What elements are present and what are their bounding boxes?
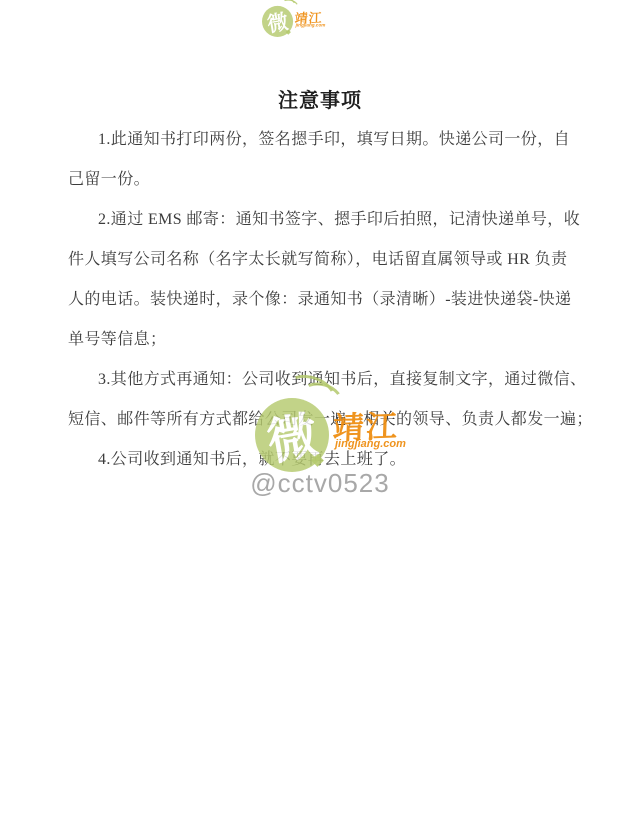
author-handle: @cctv0523 xyxy=(0,468,640,499)
notice-line: 单号等信息； xyxy=(68,320,575,360)
brand-badge-top: 微 靖江 jingjiang.com xyxy=(262,0,325,36)
notice-line: 己留一份。 xyxy=(68,160,575,200)
notice-document-page: 微 靖江 jingjiang.com 注意事项 1.此通知书打印两份，签名摁手印… xyxy=(0,0,640,828)
notice-line: 2.通过 EMS 邮寄：通知书签字、摁手印后拍照，记清快递单号，收 xyxy=(68,200,575,240)
site-watermark: 微 靖江 jingjiang.com xyxy=(255,384,405,470)
notice-line: 人的电话。装快递时，录个像：录通知书（录清晰）-装进快递袋-快递 xyxy=(68,280,575,320)
page-title: 注意事项 xyxy=(0,84,640,113)
brand-domain: jingjiang.com xyxy=(335,438,406,450)
notice-line: 1.此通知书打印两份，签名摁手印，填写日期。快递公司一份，自 xyxy=(68,120,575,160)
notice-line: 件人填写公司名称（名字太长就写简称），电话留直属领导或 HR 负责 xyxy=(68,240,575,280)
brand-domain: jingjiang.com xyxy=(296,23,326,28)
